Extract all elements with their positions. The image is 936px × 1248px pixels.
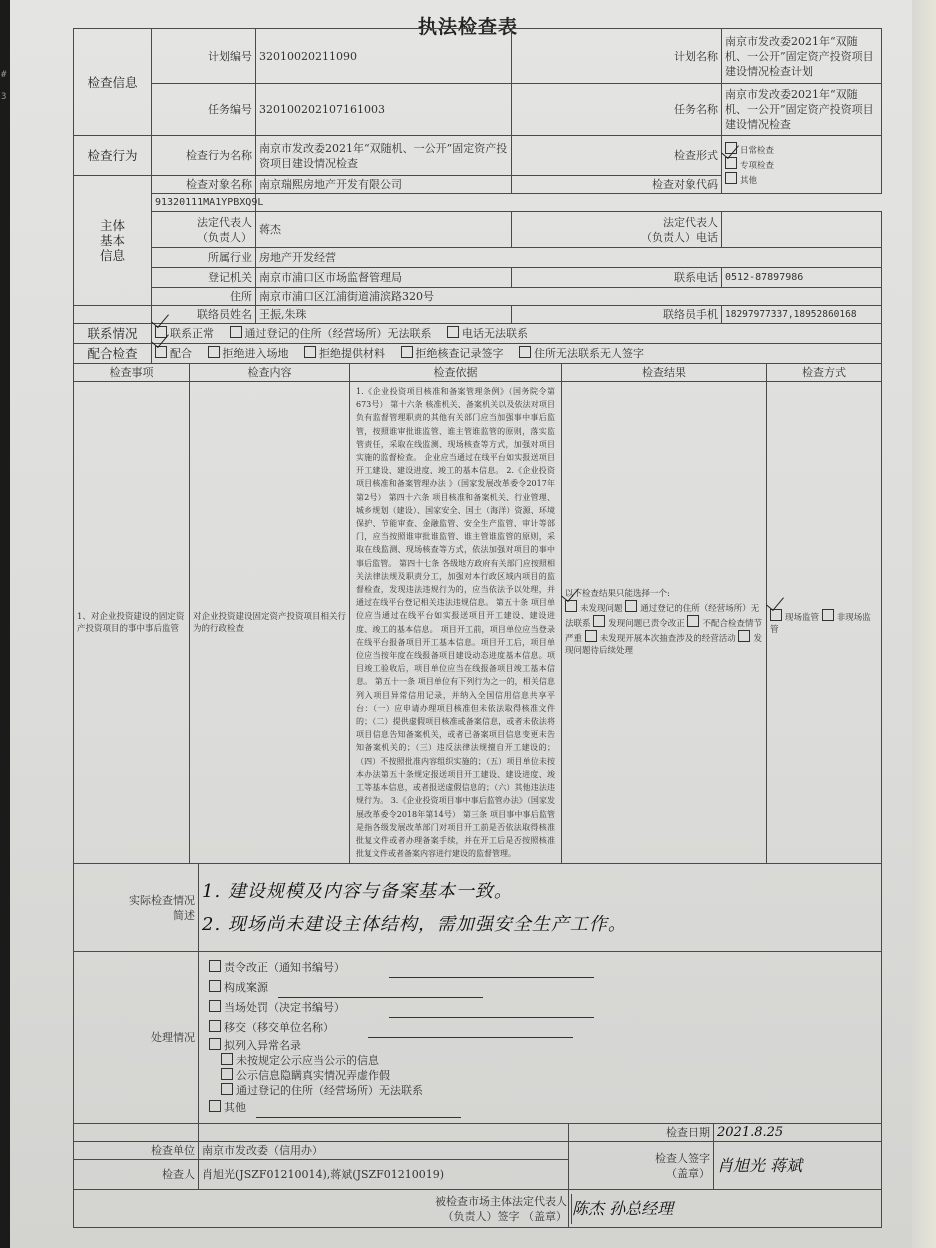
result-no-activity[interactable]: 未发现开展本次抽查涉及的经营活动	[585, 634, 736, 644]
checkbox-correction[interactable]	[209, 960, 221, 972]
address-label: 住所	[152, 288, 256, 306]
plan-no-value: 32010020211090	[256, 29, 512, 84]
task-no-value: 320100202107161003	[256, 84, 512, 136]
checkbox-abnormal-sub-1[interactable]	[221, 1053, 233, 1065]
checkbox-deny-entry[interactable]	[208, 346, 220, 358]
result-cell: 以下检查结果只能选择一个: 未发现问题 通过登记的住所（经营场所）无法联系 发现…	[562, 382, 767, 864]
items-table: 检查事项 检查内容 检查依据 检查结果 检查方式 1、对企业投资建设的固定资产投…	[73, 363, 882, 864]
handling-other[interactable]: 其他	[209, 1098, 878, 1118]
task-name-label: 任务名称	[512, 84, 722, 136]
inspection-form-options: 日常检查 专项检查 其他	[722, 136, 882, 194]
result-corrected[interactable]: 发现问题已责令改正	[593, 619, 685, 629]
header-result: 检查结果	[562, 364, 767, 382]
header-content: 检查内容	[190, 364, 350, 382]
handling-case[interactable]: 构成案源	[209, 978, 878, 998]
inspection-form: 检查信息 计划编号 32010020211090 计划名称 南京市发改委2021…	[73, 28, 881, 1228]
other-blank[interactable]	[256, 1105, 461, 1118]
coop-deny-entry-option[interactable]: 拒绝进入场地	[208, 347, 289, 360]
unit-label: 检查单位	[74, 1142, 199, 1160]
coop-no-sign-option[interactable]: 住所无法联系无人签字	[519, 347, 644, 360]
form-option-daily[interactable]: 日常检查	[725, 142, 878, 157]
handling-abnormal[interactable]: 拟列入异常名录	[209, 1038, 878, 1053]
task-name-value: 南京市发改委2021年“双随机、一公开”固定资产投资项目建设情况检查	[722, 84, 882, 136]
checkbox-offsite[interactable]	[822, 609, 834, 621]
checkbox-special-checked[interactable]	[725, 157, 737, 169]
inspector-signature: 肖旭光 蒋斌	[714, 1142, 882, 1190]
contact-phone-fail-option[interactable]: 电话无法联系	[447, 327, 528, 340]
action-name-value: 南京市发改委2021年“双随机、一公开”固定资产投资项目建设情况检查	[256, 136, 512, 176]
form-option-other[interactable]: 其他	[725, 172, 878, 187]
plan-name-value: 南京市发改委2021年“双随机、一公开”固定资产投资项目建设情况检查计划	[722, 29, 882, 84]
checkbox-other-handling[interactable]	[209, 1100, 221, 1112]
background-edge: #3	[0, 0, 10, 1248]
checkbox-uncooperative[interactable]	[687, 615, 699, 627]
form-label: 检查形式	[512, 136, 722, 176]
date-value: 2021.8.25	[714, 1124, 882, 1142]
items-header-row: 检查事项 检查内容 检查依据 检查结果 检查方式	[74, 364, 882, 382]
checkbox-corrected[interactable]	[593, 615, 605, 627]
legal-rep-label: 法定代表人（负责人）	[152, 212, 256, 248]
handwritten-line-2: 2. 现场尚未建设主体结构，需加强安全生产工作。	[202, 917, 878, 932]
legal-rep-value: 蒋杰	[256, 212, 512, 248]
checkbox-other[interactable]	[725, 172, 737, 184]
object-code-label: 检查对象代码	[512, 176, 722, 194]
abnormal-sub-2[interactable]: 公示信息隐瞒真实情况弄虚作假	[209, 1068, 878, 1083]
bottom-table: 实际检查情况简述 1. 建设规模及内容与备案基本一致。 2. 现场尚未建设主体结…	[73, 863, 882, 1228]
registry-label: 登记机关	[152, 268, 256, 288]
contact-status-label: 联系情况	[74, 324, 152, 344]
method-onsite[interactable]: 现场监管	[770, 613, 819, 623]
contact-address-fail-option[interactable]: 通过登记的住所（经营场所）无法联系	[230, 327, 432, 340]
checkbox-coop-checked[interactable]	[155, 346, 167, 358]
handwritten-line-1: 1. 建设规模及内容与备案基本一致。	[202, 884, 878, 899]
method-cell: 现场监管 非现场监管	[767, 382, 882, 864]
liaison-mobile-value: 18297977337,18952860168	[722, 306, 882, 324]
handling-label: 处理情况	[74, 952, 199, 1124]
contact-phone-label: 联系电话	[512, 268, 722, 288]
correction-blank[interactable]	[389, 965, 594, 978]
penalty-blank[interactable]	[389, 1005, 594, 1018]
industry-label: 所属行业	[152, 248, 256, 268]
plan-name-label: 计划名称	[512, 29, 722, 84]
case-blank[interactable]	[278, 985, 483, 998]
object-name-label: 检查对象名称	[152, 176, 256, 194]
actual-situation-label: 实际检查情况简述	[74, 864, 199, 952]
contact-status-options: 联系正常 通过登记的住所（经营场所）无法联系 电话无法联系	[152, 324, 882, 344]
cooperation-label: 配合检查	[74, 344, 152, 364]
checkbox-abnormal-sub-2[interactable]	[221, 1068, 233, 1080]
checkbox-case[interactable]	[209, 980, 221, 992]
checkbox-contact-phone-fail[interactable]	[447, 326, 459, 338]
action-name-label: 检查行为名称	[152, 136, 256, 176]
checkbox-no-sign[interactable]	[519, 346, 531, 358]
header-method: 检查方式	[767, 364, 882, 382]
coop-deny-material-option[interactable]: 拒绝提供材料	[304, 347, 385, 360]
inspection-info-section: 检查信息	[74, 29, 152, 136]
basis-cell: 1.《企业投资项目核准和备案管理条例》（国务院令第673号） 第十六条 核准机关…	[350, 382, 562, 864]
object-code-value: 91320111MA1YPBXQ9L	[152, 194, 256, 212]
subject-sign-label: 被检查市场主体法定代表人（负责人）签字 （盖章）	[74, 1190, 569, 1228]
actual-situation-text: 1. 建设规模及内容与备案基本一致。 2. 现场尚未建设主体结构，需加强安全生产…	[199, 864, 882, 952]
abnormal-sub-3[interactable]: 通过登记的住所（经营场所）无法联系	[209, 1083, 878, 1098]
task-no-label: 任务编号	[152, 84, 256, 136]
liaison-mobile-label: 联络员手机	[512, 306, 722, 324]
handling-transfer[interactable]: 移交（移交单位名称）	[209, 1018, 878, 1038]
inspector-value: 肖旭光(JSZF01210014),蒋斌(JSZF01210019)	[199, 1160, 569, 1190]
inspector-sign-label: 检查人签字（盖章）	[569, 1142, 714, 1190]
cooperation-options: 配合 拒绝进入场地 拒绝提供材料 拒绝核查记录签字 住所无法联系无人签字	[152, 344, 882, 364]
unit-value: 南京市发改委（信用办）	[199, 1142, 569, 1160]
handling-options: 责令改正（通知书编号） 构成案源 当场处罚（决定书编号） 移交（移交单位名称） …	[199, 952, 882, 1124]
checkbox-no-activity[interactable]	[585, 630, 597, 642]
content-cell: 对企业投资建设固定资产投资项目相关行为的行政检查	[190, 382, 350, 864]
checkbox-pending[interactable]	[738, 630, 750, 642]
inspection-action-section: 检查行为	[74, 136, 152, 176]
address-value: 南京市浦口区江浦街道浦滨路320号	[256, 288, 882, 306]
result-no-problem[interactable]: 未发现问题	[565, 604, 623, 614]
coop-yes-option[interactable]: 配合	[155, 347, 192, 360]
header-basis: 检查依据	[350, 364, 562, 382]
header-table: 检查信息 计划编号 32010020211090 计划名称 南京市发改委2021…	[73, 28, 882, 364]
paper-edge	[912, 0, 936, 1248]
transfer-blank[interactable]	[368, 1025, 573, 1038]
plan-no-label: 计划编号	[152, 29, 256, 84]
inspector-label: 检查人	[74, 1160, 199, 1190]
table-row: 1、对企业投资建设的固定资产投资项目的事中事后监管 对企业投资建设固定资产投资项…	[74, 382, 882, 864]
contact-phone-value: 0512-87897986	[722, 268, 882, 288]
checkbox-no-problem-checked[interactable]	[565, 600, 577, 612]
checkbox-address-fail[interactable]	[625, 600, 637, 612]
checkbox-transfer[interactable]	[209, 1020, 221, 1032]
subject-section: 主体 基本 信息	[74, 176, 152, 306]
registry-value: 南京市浦口区市场监督管理局	[256, 268, 512, 288]
legal-rep-phone-label: 法定代表人（负责人）电话	[512, 212, 722, 248]
handling-penalty[interactable]: 当场处罚（决定书编号）	[209, 998, 878, 1018]
checkbox-abnormal-sub-3[interactable]	[221, 1083, 233, 1095]
checkbox-deny-material[interactable]	[304, 346, 316, 358]
handling-correction[interactable]: 责令改正（通知书编号）	[209, 958, 878, 978]
item-cell: 1、对企业投资建设的固定资产投资项目的事中事后监管	[74, 382, 190, 864]
coop-deny-sign-option[interactable]: 拒绝核查记录签字	[401, 347, 504, 360]
checkbox-deny-sign[interactable]	[401, 346, 413, 358]
legal-rep-phone-value	[722, 212, 882, 248]
checkbox-penalty[interactable]	[209, 1000, 221, 1012]
liaison-value: 王振,朱珠	[256, 306, 512, 324]
checkbox-abnormal[interactable]	[209, 1038, 221, 1050]
industry-value: 房地产开发经营	[256, 248, 882, 268]
date-label: 检查日期	[569, 1124, 714, 1142]
form-option-special[interactable]: 专项检查	[725, 157, 878, 172]
abnormal-sub-1[interactable]: 未按规定公示应当公示的信息	[209, 1053, 878, 1068]
checkbox-contact-address-fail[interactable]	[230, 326, 242, 338]
header-item: 检查事项	[74, 364, 190, 382]
object-name-value: 南京瑞熙房地产开发有限公司	[256, 176, 512, 194]
subject-signature: 陈杰 孙总经理	[569, 1190, 882, 1228]
checkbox-onsite-checked[interactable]	[770, 609, 782, 621]
